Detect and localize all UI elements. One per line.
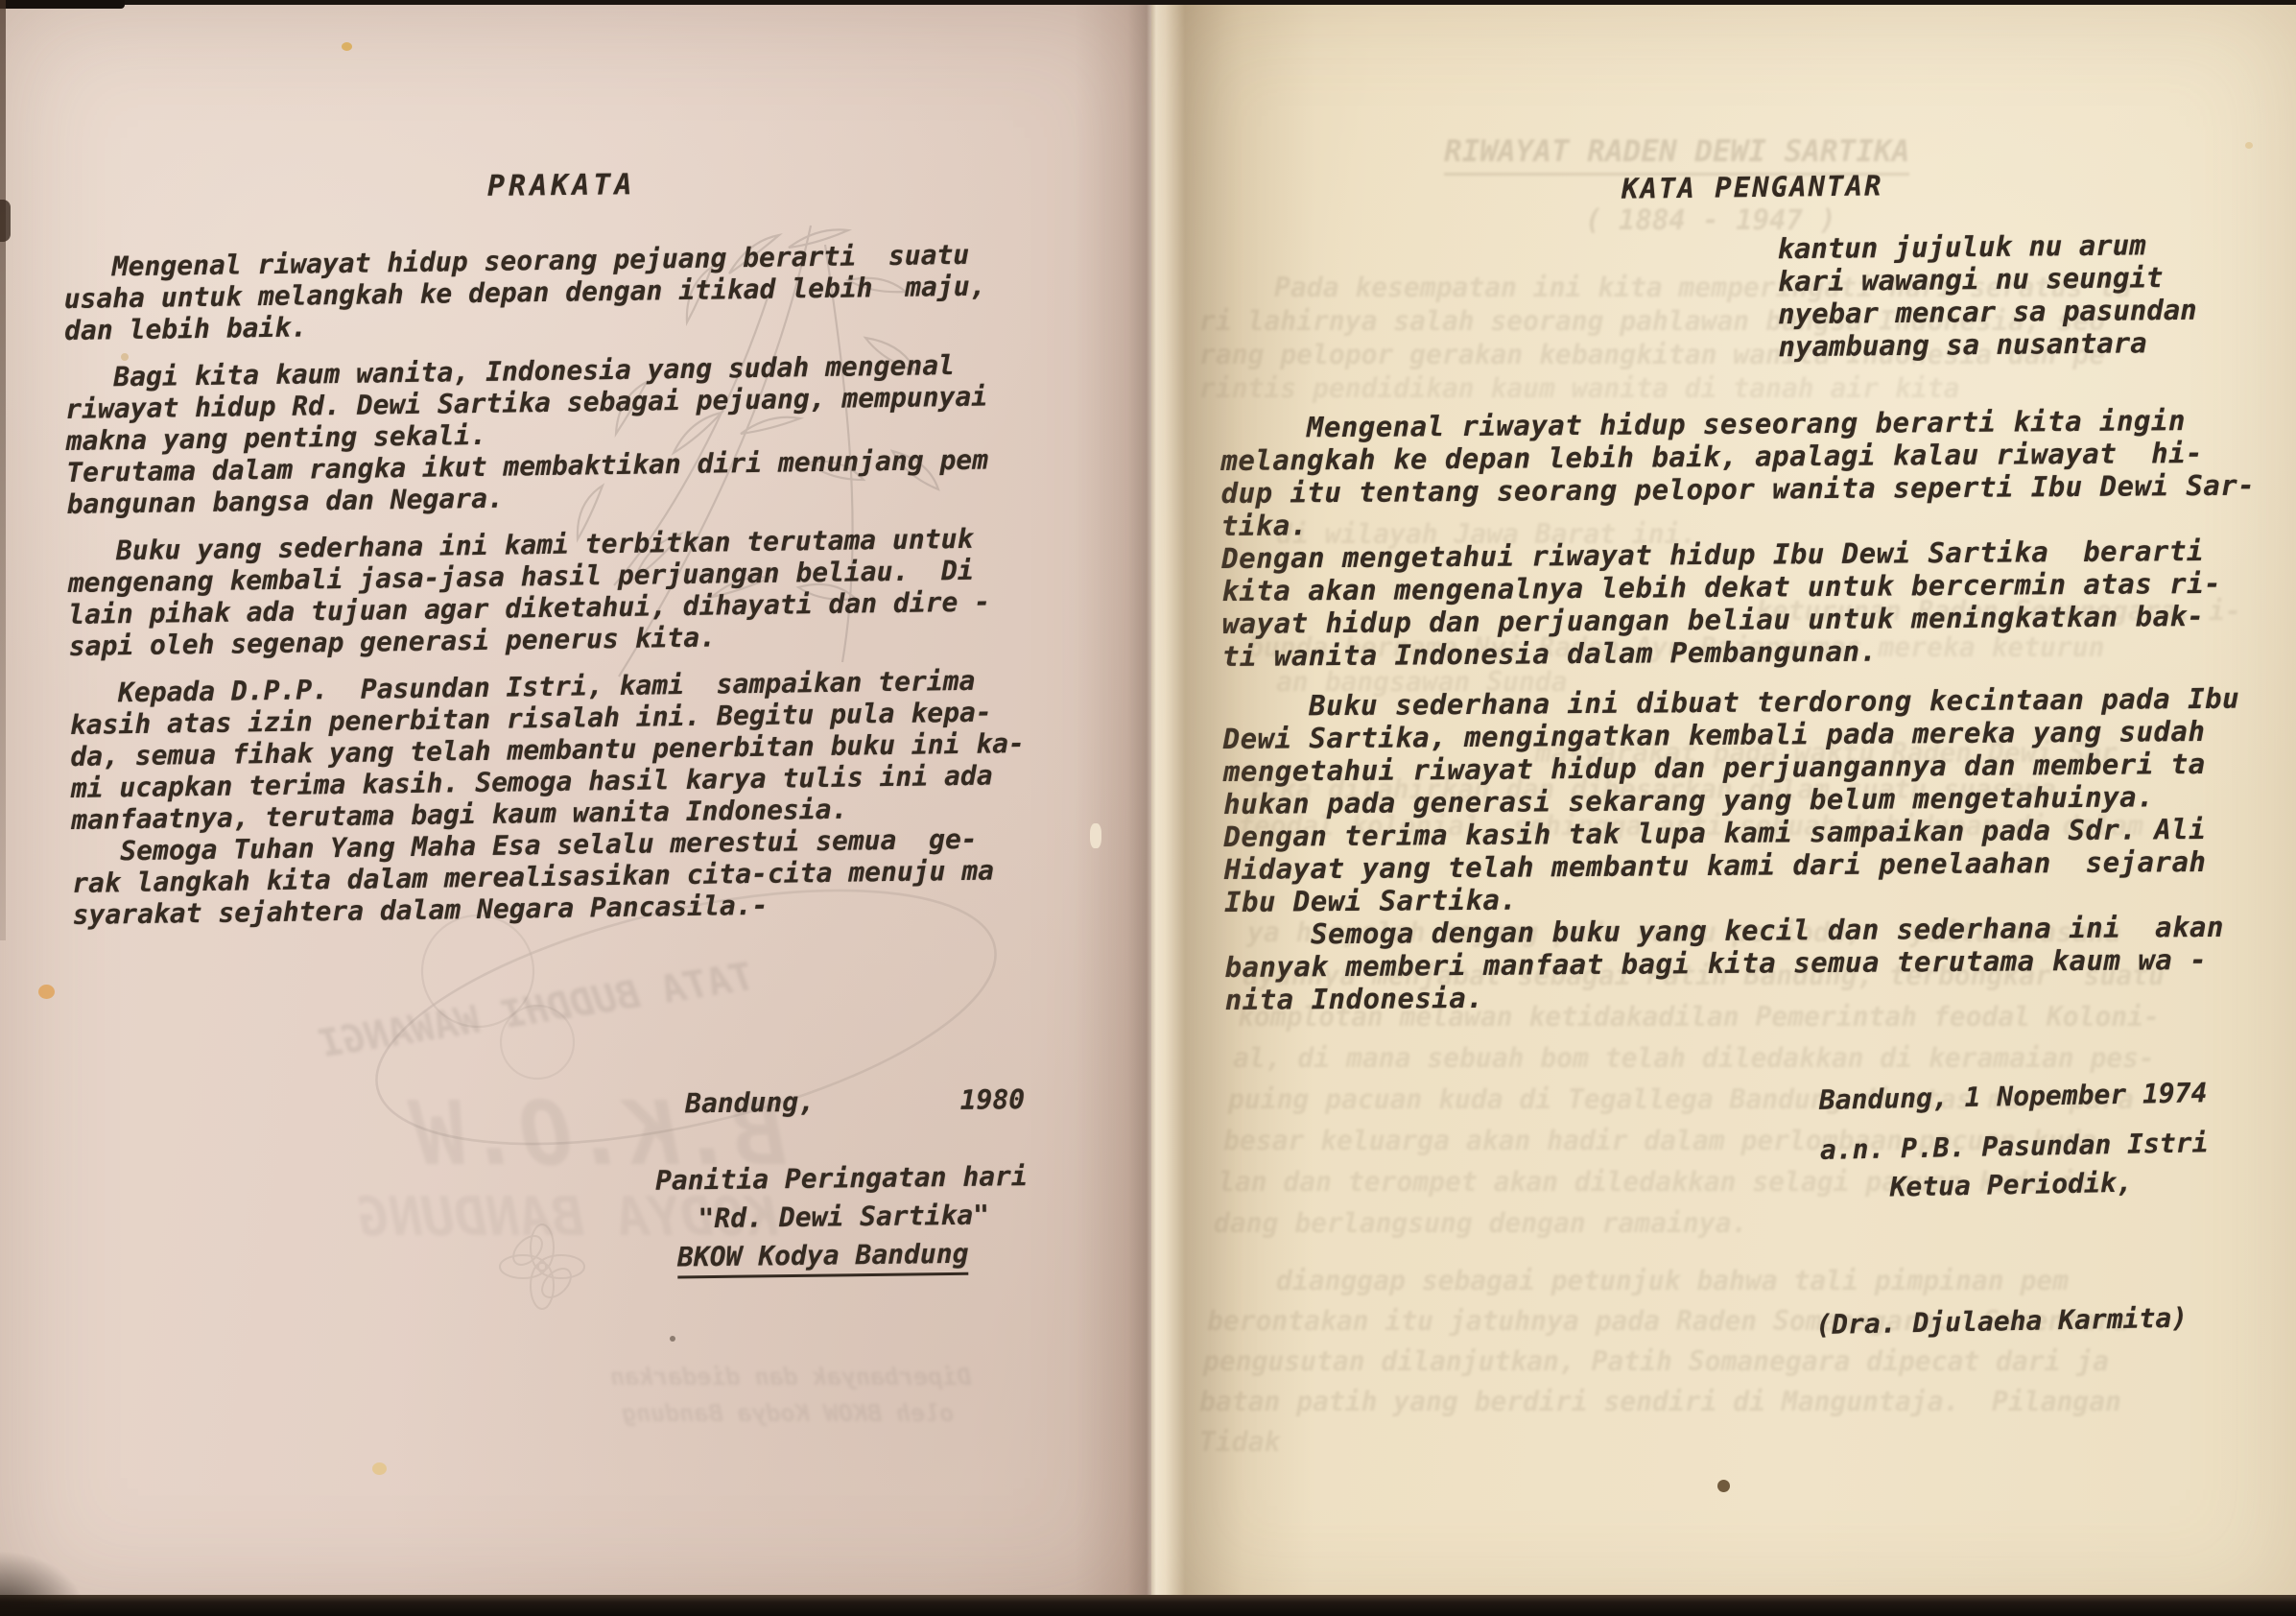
signature-role: Ketua Periodik, — [1889, 1167, 2132, 1203]
text-line: ti wanita Indonesia dalam Pembangunan. — [1222, 632, 2257, 673]
signature-org-line1: Panitia Peringatan hari — [655, 1160, 1028, 1197]
book-scan-spread: B.K.O.WKODYA BANDUNGTATA BUDDHI WAWANGID… — [0, 0, 2296, 1616]
poem-line: kari wawangi nu seungit — [1778, 261, 2197, 298]
poem-line: nyebar mencar sa pasundan — [1778, 294, 2197, 331]
poem-line: kantun jujuluk nu arum — [1777, 228, 2196, 266]
sundanese-poem: kantun jujuluk nu arumkari wawangi nu se… — [1777, 228, 2197, 364]
signature-place-year: Bandung, 1980 — [685, 1083, 1025, 1119]
poem-line: nyambuang sa nusantara — [1778, 326, 2197, 364]
right-page-title: KATA PENGANTAR — [1621, 169, 1883, 204]
signature-org-line3: BKOW Kodya Bandung — [677, 1238, 969, 1279]
signature-org-line2: "Rd. Dewi Sartika" — [698, 1200, 989, 1235]
right-page-body: Mengenal riwayat hidup seseorang berarti… — [1220, 404, 2259, 1016]
left-page-body: Mengenal riwayat hidup seorang pejuang b… — [63, 238, 1027, 931]
left-page-title: PRAKATA — [487, 168, 636, 203]
